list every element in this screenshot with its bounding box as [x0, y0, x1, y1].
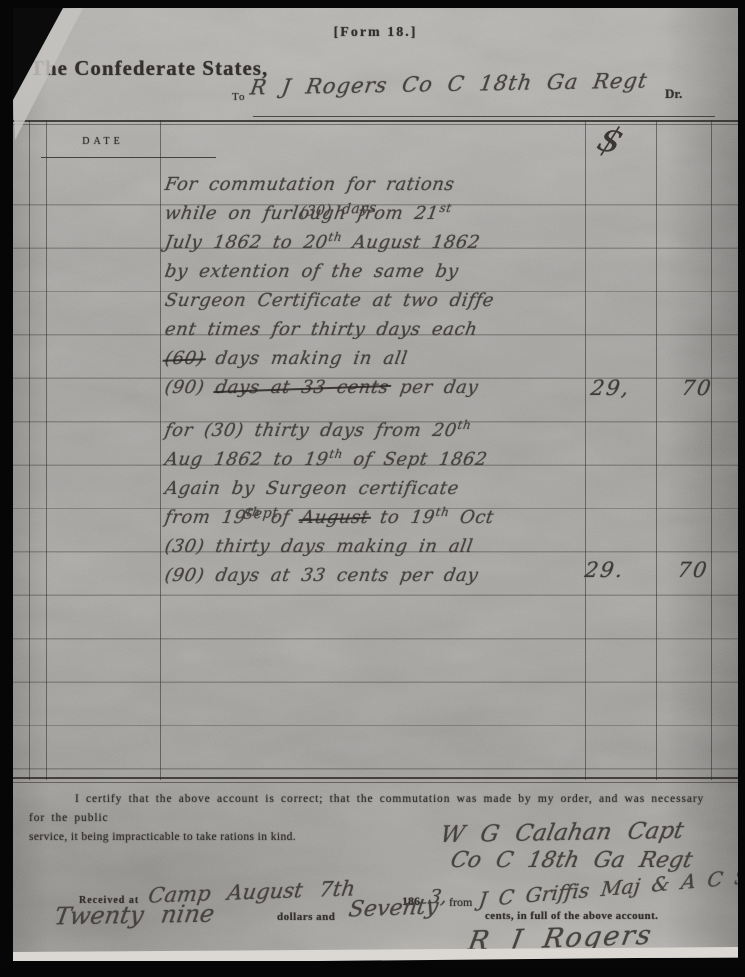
ledger-line: Aug 1862 to 19th of Sept 1862	[163, 445, 598, 474]
ledger-line: Surgeon Certificate at two diffe	[163, 286, 598, 315]
date-header-rule	[41, 157, 216, 158]
amount-1-dollars: 29,	[589, 376, 632, 400]
left-margin-rule-2	[46, 120, 47, 780]
document-title: The Confederate States,	[30, 56, 268, 81]
interlined-note: Sept	[242, 499, 280, 530]
ledger-line: for (30) thirty days from 20th	[163, 416, 598, 445]
amount-entry-2: 29. 70	[583, 558, 710, 582]
ledger-line: For commutation for rations	[163, 170, 598, 199]
debtor-name-handwritten: R J Rogers Co C 18th Ga Regt	[249, 69, 650, 100]
ledger-line: (90) days at 33 cents per day	[163, 373, 598, 402]
ledger-line: (30) thirty days making in all	[163, 532, 598, 561]
ledger-line: ent times for thirty days each	[163, 315, 598, 344]
ledger-line: by extention of the same by	[163, 257, 598, 286]
form-paper: [Form 18.] The Confederate States, To R …	[13, 8, 738, 958]
cents-in-words-handwritten: Seventy	[347, 894, 440, 922]
dollars-in-words-handwritten: Twenty nine	[53, 900, 217, 931]
form-number-label: [Form 18.]	[13, 25, 738, 41]
scanned-document: [Form 18.] The Confederate States, To R …	[0, 0, 745, 977]
amount-2-cents: 70	[676, 558, 710, 582]
scan-border-bottom	[0, 961, 745, 977]
from-label: from	[449, 895, 472, 910]
amount-entry-1: 29, 70	[589, 376, 714, 400]
dr-label: Dr.	[665, 86, 682, 102]
left-margin-rule	[29, 120, 30, 780]
ledger-line: from 19th of SeptAugust to 19th Oct	[163, 503, 598, 532]
ledger-lines: For commutation for rationswhile on furl…	[165, 170, 595, 590]
ledger-line: (60) days making in all	[163, 344, 598, 373]
cents-column-rule	[656, 120, 657, 780]
amount-2-dollars: 29.	[583, 558, 626, 582]
footer-rule	[13, 777, 738, 779]
ledger-line: Again by Surgeon certificate	[163, 474, 598, 503]
to-line-rule	[253, 116, 715, 117]
ledger-line: (90) days at 33 cents per day	[163, 561, 598, 590]
dollar-sign-mark: $	[592, 119, 630, 163]
ledger-line: while on furlough (30) daysfrom 21st	[163, 199, 598, 228]
officer-signature: W G Calahan Capt	[438, 818, 686, 848]
to-label: To	[232, 91, 245, 103]
interlined-note: (30) days	[298, 194, 378, 227]
footer-rule-2	[13, 782, 738, 783]
right-column-rule	[711, 120, 712, 780]
ledger-line: July 1862 to 20th August 1862	[163, 228, 598, 257]
dollars-and-label: dollars and	[277, 911, 335, 923]
table-top-rule	[13, 120, 738, 122]
amount-1-cents: 70	[680, 376, 714, 400]
date-column-rule	[160, 120, 161, 780]
officer-unit: Co C 18th Ga Regt	[448, 848, 694, 873]
date-column-header: Date	[53, 136, 153, 147]
